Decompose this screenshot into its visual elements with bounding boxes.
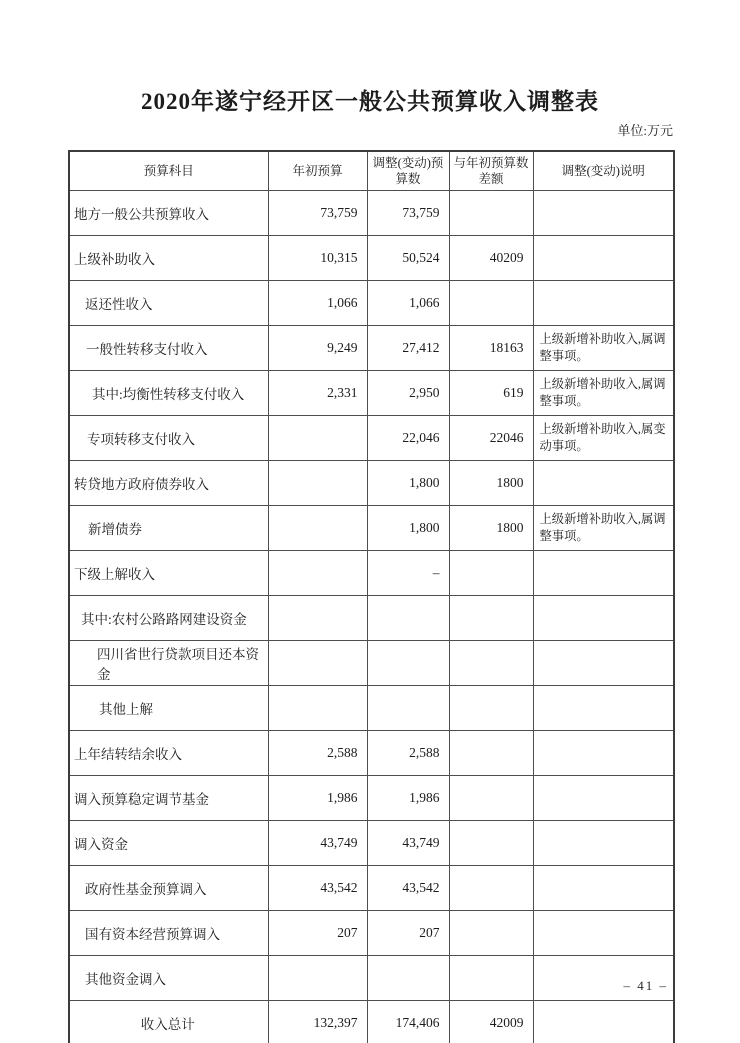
- subject-cell: 上级补助收入: [69, 236, 268, 281]
- difference-cell: 42009: [449, 1001, 533, 1043]
- difference-cell: [449, 821, 533, 866]
- initial-budget-cell: [268, 506, 367, 551]
- table-row: 其中:均衡性转移支付收入2,3312,950619上级新增补助收入,属调整事项。: [69, 371, 674, 416]
- difference-cell: 40209: [449, 236, 533, 281]
- initial-budget-cell: 73,759: [268, 191, 367, 236]
- table-body: 地方一般公共预算收入73,75973,759上级补助收入10,31550,524…: [69, 191, 674, 1043]
- note-cell: [533, 596, 674, 641]
- table-row: 专项转移支付收入22,04622046上级新增补助收入,属变动事项。: [69, 416, 674, 461]
- table-row: 调入预算稳定调节基金1,9861,986: [69, 776, 674, 821]
- note-cell: [533, 551, 674, 596]
- difference-cell: [449, 911, 533, 956]
- col-header-initial-budget: 年初预算: [268, 151, 367, 191]
- adjusted-budget-cell: 2,588: [367, 731, 449, 776]
- note-cell: 上级新增补助收入,属变动事项。: [533, 416, 674, 461]
- difference-cell: [449, 641, 533, 686]
- difference-cell: 1800: [449, 506, 533, 551]
- table-row: 四川省世行贷款项目还本资金: [69, 641, 674, 686]
- difference-cell: [449, 596, 533, 641]
- note-cell: [533, 236, 674, 281]
- note-cell: [533, 191, 674, 236]
- initial-budget-cell: 10,315: [268, 236, 367, 281]
- initial-budget-cell: 1,986: [268, 776, 367, 821]
- note-cell: [533, 641, 674, 686]
- table-row: 其中:农村公路路网建设资金: [69, 596, 674, 641]
- initial-budget-cell: 2,331: [268, 371, 367, 416]
- adjusted-budget-cell: 73,759: [367, 191, 449, 236]
- adjusted-budget-cell: 50,524: [367, 236, 449, 281]
- difference-cell: [449, 191, 533, 236]
- note-cell: [533, 866, 674, 911]
- col-header-subject: 预算科目: [69, 151, 268, 191]
- subject-cell: 其他资金调入: [69, 956, 268, 1001]
- page-title: 2020年遂宁经开区一般公共预算收入调整表: [0, 83, 740, 116]
- table-row: 政府性基金预算调入43,54243,542: [69, 866, 674, 911]
- note-cell: [533, 281, 674, 326]
- adjusted-budget-cell: 2,950: [367, 371, 449, 416]
- table-row: 国有资本经营预算调入207207: [69, 911, 674, 956]
- initial-budget-cell: 43,542: [268, 866, 367, 911]
- subject-cell: 一般性转移支付收入: [69, 326, 268, 371]
- initial-budget-cell: [268, 641, 367, 686]
- table-row: 返还性收入1,0661,066: [69, 281, 674, 326]
- note-cell: [533, 911, 674, 956]
- table-row: 收入总计132,397174,40642009: [69, 1001, 674, 1043]
- table-row: 一般性转移支付收入9,24927,41218163上级新增补助收入,属调整事项。: [69, 326, 674, 371]
- page-number: – 41 –: [624, 978, 669, 994]
- adjusted-budget-cell: 43,542: [367, 866, 449, 911]
- adjusted-budget-cell: [367, 641, 449, 686]
- adjusted-budget-cell: 207: [367, 911, 449, 956]
- initial-budget-cell: 2,588: [268, 731, 367, 776]
- adjusted-budget-cell: 1,800: [367, 461, 449, 506]
- initial-budget-cell: 43,749: [268, 821, 367, 866]
- adjusted-budget-cell: 1,800: [367, 506, 449, 551]
- col-header-note: 调整(变动)说明: [533, 151, 674, 191]
- subject-cell: 新增债券: [69, 506, 268, 551]
- subject-cell: 专项转移支付收入: [69, 416, 268, 461]
- initial-budget-cell: [268, 416, 367, 461]
- initial-budget-cell: [268, 551, 367, 596]
- col-header-difference: 与年初预算数差额: [449, 151, 533, 191]
- subject-cell: 其中:均衡性转移支付收入: [69, 371, 268, 416]
- difference-cell: 1800: [449, 461, 533, 506]
- budget-table: 预算科目 年初预算 调整(变动)预算数 与年初预算数差额 调整(变动)说明 地方…: [68, 150, 675, 1043]
- difference-cell: [449, 776, 533, 821]
- initial-budget-cell: 132,397: [268, 1001, 367, 1043]
- note-cell: [533, 731, 674, 776]
- adjusted-budget-cell: 43,749: [367, 821, 449, 866]
- subject-cell: 下级上解收入: [69, 551, 268, 596]
- table-row: 下级上解收入–: [69, 551, 674, 596]
- adjusted-budget-cell: 1,066: [367, 281, 449, 326]
- subject-cell: 收入总计: [69, 1001, 268, 1043]
- adjusted-budget-cell: –: [367, 551, 449, 596]
- difference-cell: 18163: [449, 326, 533, 371]
- difference-cell: [449, 686, 533, 731]
- subject-cell: 调入预算稳定调节基金: [69, 776, 268, 821]
- initial-budget-cell: 1,066: [268, 281, 367, 326]
- subject-cell: 四川省世行贷款项目还本资金: [69, 641, 268, 686]
- table-row: 新增债券1,8001800上级新增补助收入,属调整事项。: [69, 506, 674, 551]
- subject-cell: 国有资本经营预算调入: [69, 911, 268, 956]
- note-cell: [533, 461, 674, 506]
- initial-budget-cell: 207: [268, 911, 367, 956]
- initial-budget-cell: [268, 686, 367, 731]
- subject-cell: 返还性收入: [69, 281, 268, 326]
- adjusted-budget-cell: 22,046: [367, 416, 449, 461]
- table-row: 上级补助收入10,31550,52440209: [69, 236, 674, 281]
- subject-cell: 转贷地方政府债券收入: [69, 461, 268, 506]
- note-cell: [533, 821, 674, 866]
- table-row: 转贷地方政府债券收入1,8001800: [69, 461, 674, 506]
- difference-cell: [449, 956, 533, 1001]
- header-row: 预算科目 年初预算 调整(变动)预算数 与年初预算数差额 调整(变动)说明: [69, 151, 674, 191]
- difference-cell: [449, 551, 533, 596]
- note-cell: 上级新增补助收入,属调整事项。: [533, 326, 674, 371]
- subject-cell: 其他上解: [69, 686, 268, 731]
- difference-cell: 619: [449, 371, 533, 416]
- initial-budget-cell: [268, 956, 367, 1001]
- col-header-adjusted-budget: 调整(变动)预算数: [367, 151, 449, 191]
- note-cell: 上级新增补助收入,属调整事项。: [533, 506, 674, 551]
- note-cell: [533, 686, 674, 731]
- adjusted-budget-cell: [367, 596, 449, 641]
- subject-cell: 政府性基金预算调入: [69, 866, 268, 911]
- difference-cell: [449, 866, 533, 911]
- subject-cell: 其中:农村公路路网建设资金: [69, 596, 268, 641]
- adjusted-budget-cell: 174,406: [367, 1001, 449, 1043]
- note-cell: [533, 776, 674, 821]
- difference-cell: [449, 731, 533, 776]
- table-row: 调入资金43,74943,749: [69, 821, 674, 866]
- adjusted-budget-cell: 27,412: [367, 326, 449, 371]
- adjusted-budget-cell: [367, 686, 449, 731]
- subject-cell: 上年结转结余收入: [69, 731, 268, 776]
- difference-cell: [449, 281, 533, 326]
- adjusted-budget-cell: [367, 956, 449, 1001]
- initial-budget-cell: [268, 596, 367, 641]
- note-cell: [533, 1001, 674, 1043]
- difference-cell: 22046: [449, 416, 533, 461]
- table-row: 上年结转结余收入2,5882,588: [69, 731, 674, 776]
- note-cell: 上级新增补助收入,属调整事项。: [533, 371, 674, 416]
- table-row: 其他上解: [69, 686, 674, 731]
- subject-cell: 调入资金: [69, 821, 268, 866]
- initial-budget-cell: [268, 461, 367, 506]
- table-row: 地方一般公共预算收入73,75973,759: [69, 191, 674, 236]
- adjusted-budget-cell: 1,986: [367, 776, 449, 821]
- unit-label: 单位:万元: [617, 120, 673, 139]
- initial-budget-cell: 9,249: [268, 326, 367, 371]
- table-row: 其他资金调入: [69, 956, 674, 1001]
- subject-cell: 地方一般公共预算收入: [69, 191, 268, 236]
